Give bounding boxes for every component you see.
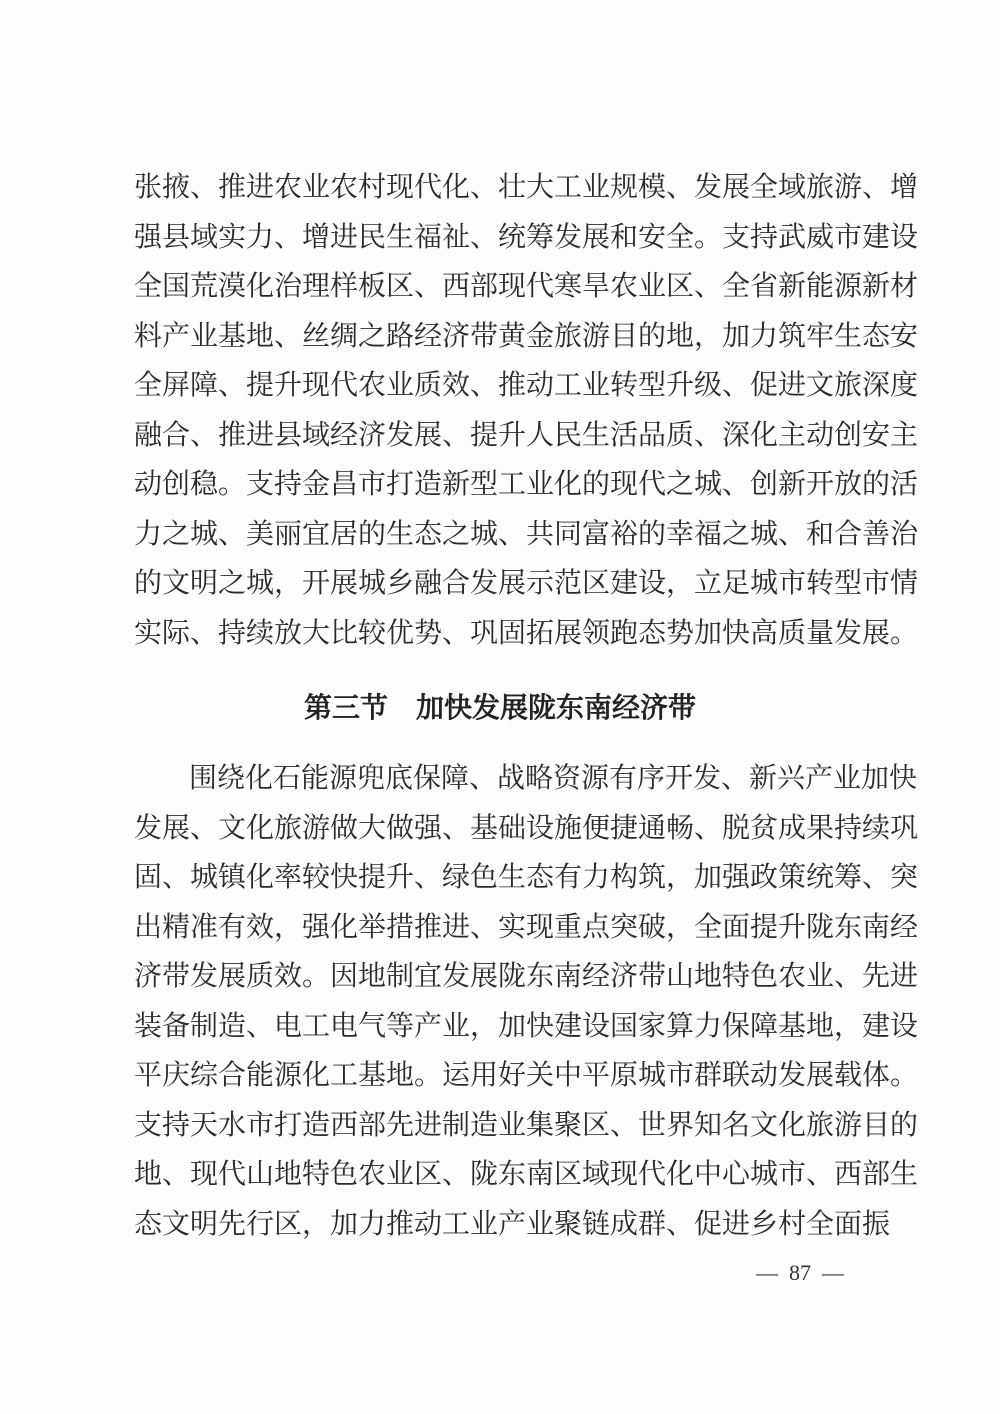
text-line: 济带发展质效。因地制宜发展陇东南经济带山地特色农业、先进 xyxy=(134,956,868,996)
text-line: 发展、文化旅游做大做强、基础设施便捷通畅、脱贫成果持续巩 xyxy=(134,808,868,848)
document-page: 张掖、推进农业农村现代化、壮大工业规模、发展全域旅游、增 强县域实力、增进民生福… xyxy=(0,0,1000,1414)
text-line: 融合、推进县域经济发展、提升人民生活品质、深化主动创安主 xyxy=(134,415,868,455)
text-line: 实际、持续放大比较优势、巩固拓展领跑态势加快高质量发展。 xyxy=(134,613,868,653)
text-line: 平庆综合能源化工基地。运用好关中平原城市群联动发展载体。 xyxy=(134,1055,868,1095)
text-line: 出精准有效，强化举措推进、实现重点突破，全面提升陇东南经 xyxy=(134,907,868,947)
text-line: 固、城镇化率较快提升、绿色生态有力构筑，加强政策统筹、突 xyxy=(134,857,868,897)
text-line: 全屏障、提升现代农业质效、推动工业转型升级、促进文旅深度 xyxy=(134,365,868,405)
text-line: 装备制造、电工电气等产业，加快建设国家算力保障基地，建设 xyxy=(134,1006,868,1046)
section-heading: 第三节 加快发展陇东南经济带 xyxy=(0,688,1000,728)
text-line: 态文明先行区，加力推动工业产业聚链成群、促进乡村全面振 xyxy=(134,1204,868,1244)
text-line: 围绕化石能源兜底保障、战略资源有序开发、新兴产业加快 xyxy=(189,758,868,798)
text-line: 支持天水市打造西部先进制造业集聚区、世界知名文化旅游目的 xyxy=(134,1105,868,1145)
page-number: — 87 — xyxy=(740,1258,860,1288)
text-line: 地、现代山地特色农业区、陇东南区域现代化中心城市、西部生 xyxy=(134,1154,868,1194)
text-line: 强县域实力、增进民生福祉、统筹发展和安全。支持武威市建设 xyxy=(134,217,868,257)
text-line: 料产业基地、丝绸之路经济带黄金旅游目的地，加力筑牢生态安 xyxy=(134,316,868,356)
text-line: 张掖、推进农业农村现代化、壮大工业规模、发展全域旅游、增 xyxy=(134,167,868,207)
text-line: 动创稳。支持金昌市打造新型工业化的现代之城、创新开放的活 xyxy=(134,464,868,504)
text-line: 全国荒漠化治理样板区、西部现代寒旱农业区、全省新能源新材 xyxy=(134,266,868,306)
text-line: 的文明之城，开展城乡融合发展示范区建设，立足城市转型市情 xyxy=(134,563,868,603)
text-line: 力之城、美丽宜居的生态之城、共同富裕的幸福之城、和合善治 xyxy=(134,514,868,554)
